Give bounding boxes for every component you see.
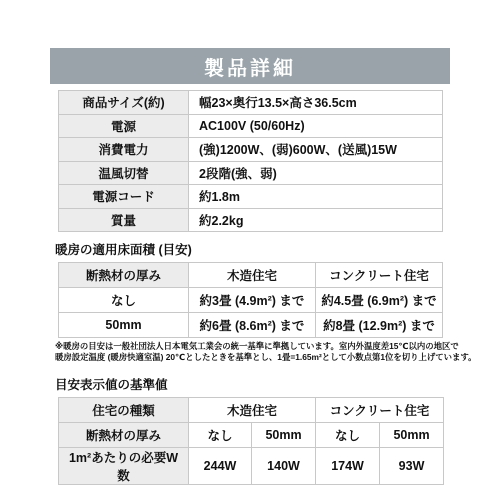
column-header: コンクリート住宅 bbox=[316, 398, 444, 423]
watts-value: 244W bbox=[189, 448, 252, 485]
spec-value: (強)1200W、(弱)600W、(送風)15W bbox=[189, 138, 443, 162]
spec-table: 商品サイズ(約) 幅23×奥行13.5×高さ36.5cm 電源 AC100V (… bbox=[58, 90, 443, 232]
spec-value: 幅23×奥行13.5×高さ36.5cm bbox=[189, 91, 443, 115]
spec-value: AC100V (50/60Hz) bbox=[189, 114, 443, 138]
spec-value: 約1.8m bbox=[189, 185, 443, 209]
section-header-bar: 製品詳細 bbox=[50, 48, 450, 84]
area-value: 約4.5畳 (6.9m²) まで bbox=[316, 288, 443, 313]
table-row: 住宅の種類 木造住宅 コンクリート住宅 bbox=[59, 398, 444, 423]
footnote-line: ※暖房の目安は一般社団法人日本電気工業会の統一基準に準拠しています。室内外温度差… bbox=[55, 341, 443, 352]
table-row: なし 約3畳 (4.9m²) まで 約4.5畳 (6.9m²) まで bbox=[59, 288, 443, 313]
table-row: 消費電力 (強)1200W、(弱)600W、(送風)15W bbox=[59, 138, 443, 162]
spec-label: 質量 bbox=[59, 208, 189, 232]
spec-label: 電源コード bbox=[59, 185, 189, 209]
watts-value: 174W bbox=[316, 448, 380, 485]
page-title: 製品詳細 bbox=[204, 52, 296, 81]
table-row: 1m²あたりの必要W数 244W 140W 174W 93W bbox=[59, 448, 444, 485]
area-value: 約6畳 (8.6m²) まで bbox=[189, 313, 316, 338]
spec-value: 2段階(強、弱) bbox=[189, 161, 443, 185]
table-row: 商品サイズ(約) 幅23×奥行13.5×高さ36.5cm bbox=[59, 91, 443, 115]
table-row: 断熱材の厚み なし 50mm なし 50mm bbox=[59, 423, 444, 448]
area-value: 約3畳 (4.9m²) まで bbox=[189, 288, 316, 313]
column-header: コンクリート住宅 bbox=[316, 263, 443, 288]
watts-value: 93W bbox=[380, 448, 444, 485]
content-area: 商品サイズ(約) 幅23×奥行13.5×高さ36.5cm 電源 AC100V (… bbox=[58, 90, 443, 485]
spec-label: 電源 bbox=[59, 114, 189, 138]
thickness-value: なし bbox=[189, 423, 252, 448]
thickness-value: なし bbox=[316, 423, 380, 448]
table-row: 電源 AC100V (50/60Hz) bbox=[59, 114, 443, 138]
heating-area-title: 暖房の適用床面積 (目安) bbox=[55, 240, 443, 258]
column-header: 断熱材の厚み bbox=[59, 263, 189, 288]
thickness-value: 50mm bbox=[380, 423, 444, 448]
spec-value: 約2.2kg bbox=[189, 208, 443, 232]
row-label: 住宅の種類 bbox=[59, 398, 189, 423]
watts-value: 140W bbox=[252, 448, 316, 485]
table-row: 質量 約2.2kg bbox=[59, 208, 443, 232]
reference-values-table: 住宅の種類 木造住宅 コンクリート住宅 断熱材の厚み なし 50mm なし 50… bbox=[58, 397, 444, 485]
column-header: 木造住宅 bbox=[189, 398, 316, 423]
reference-values-title: 目安表示値の基準値 bbox=[55, 375, 443, 393]
row-label: 1m²あたりの必要W数 bbox=[59, 448, 189, 485]
heating-area-table: 断熱材の厚み 木造住宅 コンクリート住宅 なし 約3畳 (4.9m²) まで 約… bbox=[58, 262, 443, 338]
thickness-value: 50mm bbox=[252, 423, 316, 448]
table-row: 電源コード 約1.8m bbox=[59, 185, 443, 209]
product-detail-page: 製品詳細 商品サイズ(約) 幅23×奥行13.5×高さ36.5cm 電源 AC1… bbox=[0, 0, 500, 500]
table-row: 温風切替 2段階(強、弱) bbox=[59, 161, 443, 185]
row-label: 50mm bbox=[59, 313, 189, 338]
column-header: 木造住宅 bbox=[189, 263, 316, 288]
spec-label: 温風切替 bbox=[59, 161, 189, 185]
row-label: なし bbox=[59, 288, 189, 313]
spec-label: 商品サイズ(約) bbox=[59, 91, 189, 115]
row-label: 断熱材の厚み bbox=[59, 423, 189, 448]
table-row: 50mm 約6畳 (8.6m²) まで 約8畳 (12.9m²) まで bbox=[59, 313, 443, 338]
footnote: ※暖房の目安は一般社団法人日本電気工業会の統一基準に準拠しています。室内外温度差… bbox=[55, 341, 443, 363]
footnote-line: 暖房設定温度 (暖房快適室温) 20℃としたときを基準とし、1畳=1.65m²と… bbox=[55, 352, 443, 363]
spec-label: 消費電力 bbox=[59, 138, 189, 162]
area-value: 約8畳 (12.9m²) まで bbox=[316, 313, 443, 338]
table-row: 断熱材の厚み 木造住宅 コンクリート住宅 bbox=[59, 263, 443, 288]
